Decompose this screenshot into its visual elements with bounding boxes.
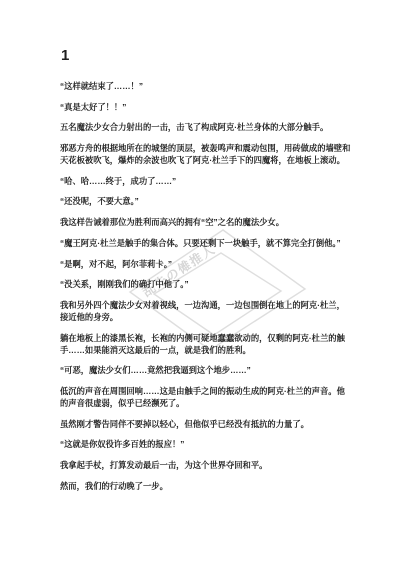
paragraph: 我和另外四个魔法少女对着视线，一边沟通，一边包围倒在地上的阿克·杜兰，接近他的身… — [60, 299, 351, 323]
paragraph: “没关系，刚刚我们的确打中他了。” — [60, 278, 351, 290]
chapter-heading: 1 — [61, 48, 351, 64]
paragraph: 低沉的声音在周围回响……这是由触手之间的振动生成的阿克·杜兰的声音。他的声音很虚… — [60, 385, 351, 409]
paragraph: “可恶，魔法少女们……竟然把我逼到这个地步……” — [60, 364, 351, 376]
paragraph-list: “这样就结束了……！”“真是太好了！！”五名魔法少女合力射出的一击，击飞了构成阿… — [60, 80, 351, 492]
novel-page: 乱先の傩推人 1 “这样就结束了……！”“真是太好了！！”五名魔法少女合力射出的… — [0, 0, 400, 565]
paragraph: “这样就结束了……！” — [60, 80, 351, 92]
paragraph: 然而，我们的行动晚了一步。 — [60, 480, 351, 492]
paragraph: “真是太好了！！” — [60, 101, 351, 113]
paragraph: “是啊，对不起，阿尔菲莉卡。” — [60, 258, 351, 270]
paragraph: “魔王阿克·杜兰是触手的集合体。只要还剩下一块触手，就不算完全打倒他。” — [60, 237, 351, 249]
paragraph: “这就是你奴役许多百姓的报应！” — [60, 438, 351, 450]
paragraph: 虽然刚才警告同伴不要掉以轻心，但他似乎已经没有抵抗的力量了。 — [60, 418, 351, 430]
paragraph: 五名魔法少女合力射出的一击，击飞了构成阿克·杜兰身体的大部分触手。 — [60, 121, 351, 133]
paragraph: 躺在地板上的漆黑长袍，长袍的内侧可疑地蠢蠢欲动的，仅剩的阿克·杜兰的触手……如果… — [60, 332, 351, 356]
paragraph: “还没呢，不要大意。” — [60, 195, 351, 207]
paragraph: “哈、哈……终于，成功了……” — [60, 175, 351, 187]
paragraph: 我这样告诫着那位为胜利而高兴的拥有“空”之名的魔法少女。 — [60, 216, 351, 228]
paragraph: 我拿起手杖，打算发动最后一击，为这个世界夺回和平。 — [60, 459, 351, 471]
paragraph: 邪恶方舟的根据地所在的城堡的顶层，被轰鸣声和震动包围，用砖做成的墙壁和天花板被吹… — [60, 142, 351, 166]
page-content: 1 “这样就结束了……！”“真是太好了！！”五名魔法少女合力射出的一击，击飞了构… — [60, 48, 351, 500]
